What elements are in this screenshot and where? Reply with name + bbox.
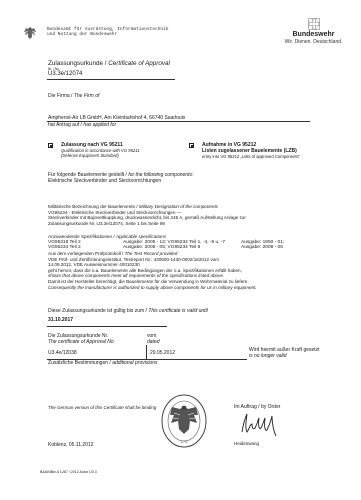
superseded-date: 29.05.2012 [150,350,175,356]
test-record-label-en: The Test Record provided [125,251,178,256]
divider [47,79,175,80]
validity-label-de: Diese Zulassungsurkunde ist gültig bis z… [48,308,148,314]
signature-icon [238,410,293,438]
applied-label: hat Antrag auf / has applied for [48,122,116,128]
designation-line: Steckverbinder mit Bajonettkupplung, dru… [48,215,246,221]
official-seal: 174 [160,393,208,449]
superseded-col1-label: Die Zulassungsurkunde Nr. The certificat… [48,333,114,345]
valid-until-date: 31.10.2017 [48,317,73,323]
agency-logo [23,26,37,40]
designation-line: Zulassungsurkunde Nr. U3.3e/12074, Seite… [48,221,246,227]
superseded-status: Wird hiermit außer Kraft gesetzt is no l… [249,347,320,359]
checkbox-checked-icon [189,143,194,148]
signatory-name: Heidenwang [234,441,259,446]
superseded-col2-label: vom dated [147,333,160,345]
brand-name: Bundeswehr [266,31,361,39]
test-record: Aus dem vorliegenden Prüfprotokoll / The… [48,251,257,290]
option-note: (Defence Equipment Standard) [61,153,140,158]
divider [47,326,167,327]
components-value: Elektrische Steckverbinder und Steckvorr… [48,178,161,184]
official-seal-icon: 174 [160,393,208,449]
spec-issue: Ausgabe: 2005 - 05; VG95234 Teil 8 [123,245,200,251]
applied-label-en: has applied for [83,122,116,128]
firm-label: Die Firma / The Firm of [48,93,99,99]
federal-eagle-icon [23,26,37,40]
signature [238,410,293,438]
status-en: is no longer valid [249,353,320,359]
spec-id: VG95234 Teil 2 [48,245,81,251]
designation-label-de: Militärische Bezeichnung der Bauelemente… [48,204,139,209]
additional-provisions-label: Zusätzliche Bestimmungen / additional pr… [48,360,158,366]
superseded-label-en: The certificate of Approval No [48,339,114,345]
spec-label-de: Anzuwendende Spezifikationen / [48,234,116,239]
iron-cross-icon [308,18,320,30]
designation-label-en: Military Designation of the components [139,204,218,209]
form-code: BAAINBw A 1267 / 2012 Autor U3.3 [40,470,97,475]
military-designation: Militärische Bezeichnung der Bauelemente… [48,204,246,226]
test-record-label-de: Aus dem vorliegenden Prüfprotokoll / [48,251,125,256]
additional-label-en: additional provisions [112,360,157,366]
divider [146,345,147,359]
svg-text:174: 174 [181,439,188,444]
agency-name: Bundesamt für Ausrüstung, Informationste… [47,27,169,38]
firm-label-de: Die Firma / [48,93,74,99]
bundeswehr-logo: Bundeswehr Wir. Dienen. Deutschland. [266,18,361,45]
superseded-number: U3.4e/12038 [48,350,77,356]
title-en: Certificate of Approval [108,60,170,67]
option-note: entry into VG 95212 „Lists of approved C… [202,154,300,159]
checkbox-checked-icon [48,143,53,148]
spec-issue-2: Ausgabe: 2009 - 05 [241,245,283,251]
additional-label-de: Zusätzliche Bestimmungen / [48,360,112,366]
validity-label-en: This certificate is valid until [148,308,207,314]
dated-label-en: dated [147,339,160,345]
test-record-line-en: Consequently the manufacturer is authori… [48,285,257,291]
spec-label-en: Applicable specifications [116,234,166,239]
test-record-line: Damit ist der Hersteller berechtigt, die… [48,279,257,285]
title-de: Zulassungsurkunde [48,60,103,67]
validity-label: Diese Zulassungsurkunde ist gültig bis z… [48,308,208,314]
certificate-number: U3.3e/12074 [48,71,82,78]
binding-note: The German version of this Certificate s… [48,405,156,410]
agency-name-line2: und Nutzung der Bundeswehr [47,32,169,37]
certificate-title: Zulassungsurkunde / Certificate of Appro… [48,60,170,67]
brand-slogan: Wir. Dienen. Deutschland. [266,39,361,45]
firm-label-en: The Firm of [74,93,100,99]
place-and-date: Koblenz, 05.11.2012 [48,442,94,448]
applied-label-de: hat Antrag auf / [48,122,83,128]
